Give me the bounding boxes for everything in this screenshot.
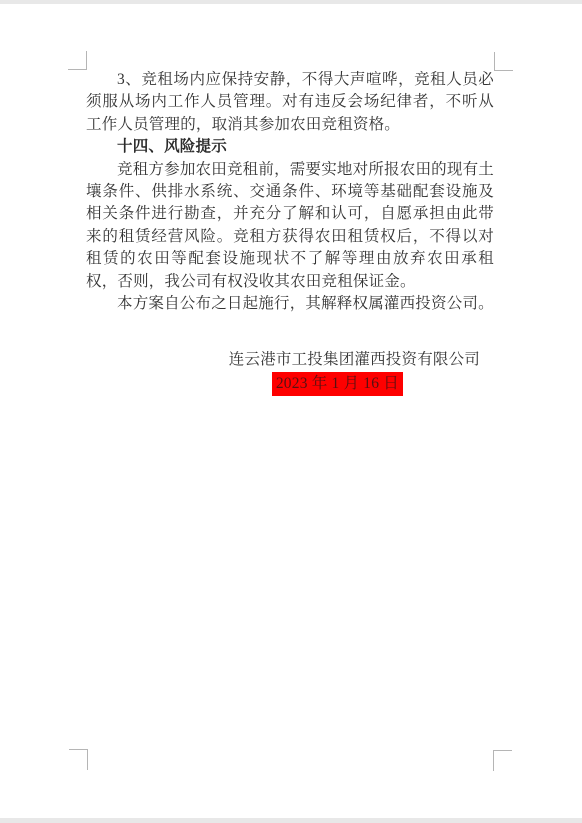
paragraph-rule-3: 3、竞租场内应保持安静，不得大声喧哗，竞租人员必须服从场内工作人员管理。对有违反… (86, 69, 494, 136)
signature-date-line: 2023 年 1 月 16 日 (86, 372, 494, 396)
page-top-gap (0, 0, 582, 4)
crop-mark-top-left (68, 51, 87, 70)
crop-mark-bottom-right (493, 750, 512, 771)
paragraph-effective-date: 本方案自公布之日起施行，其解释权属灌西投资公司。 (86, 293, 494, 315)
text-area: 3、竞租场内应保持安静，不得大声喧哗，竞租人员必须服从场内工作人员管理。对有违反… (86, 69, 494, 396)
section-heading-risk-notice: 十四、风险提示 (86, 136, 494, 158)
crop-mark-bottom-left (69, 749, 88, 770)
crop-mark-top-right (494, 52, 513, 71)
signature-company-name: 连云港市工投集团灌西投资有限公司 (86, 349, 494, 371)
date-highlight: 2023 年 1 月 16 日 (272, 372, 403, 396)
page-bottom-gap (0, 818, 582, 823)
paragraph-risk-notice: 竞租方参加农田竞租前，需要实地对所报农田的现有土壤条件、供排水系统、交通条件、环… (86, 159, 494, 293)
document-page: 3、竞租场内应保持安静，不得大声喧哗，竞租人员必须服从场内工作人员管理。对有违反… (0, 0, 582, 823)
